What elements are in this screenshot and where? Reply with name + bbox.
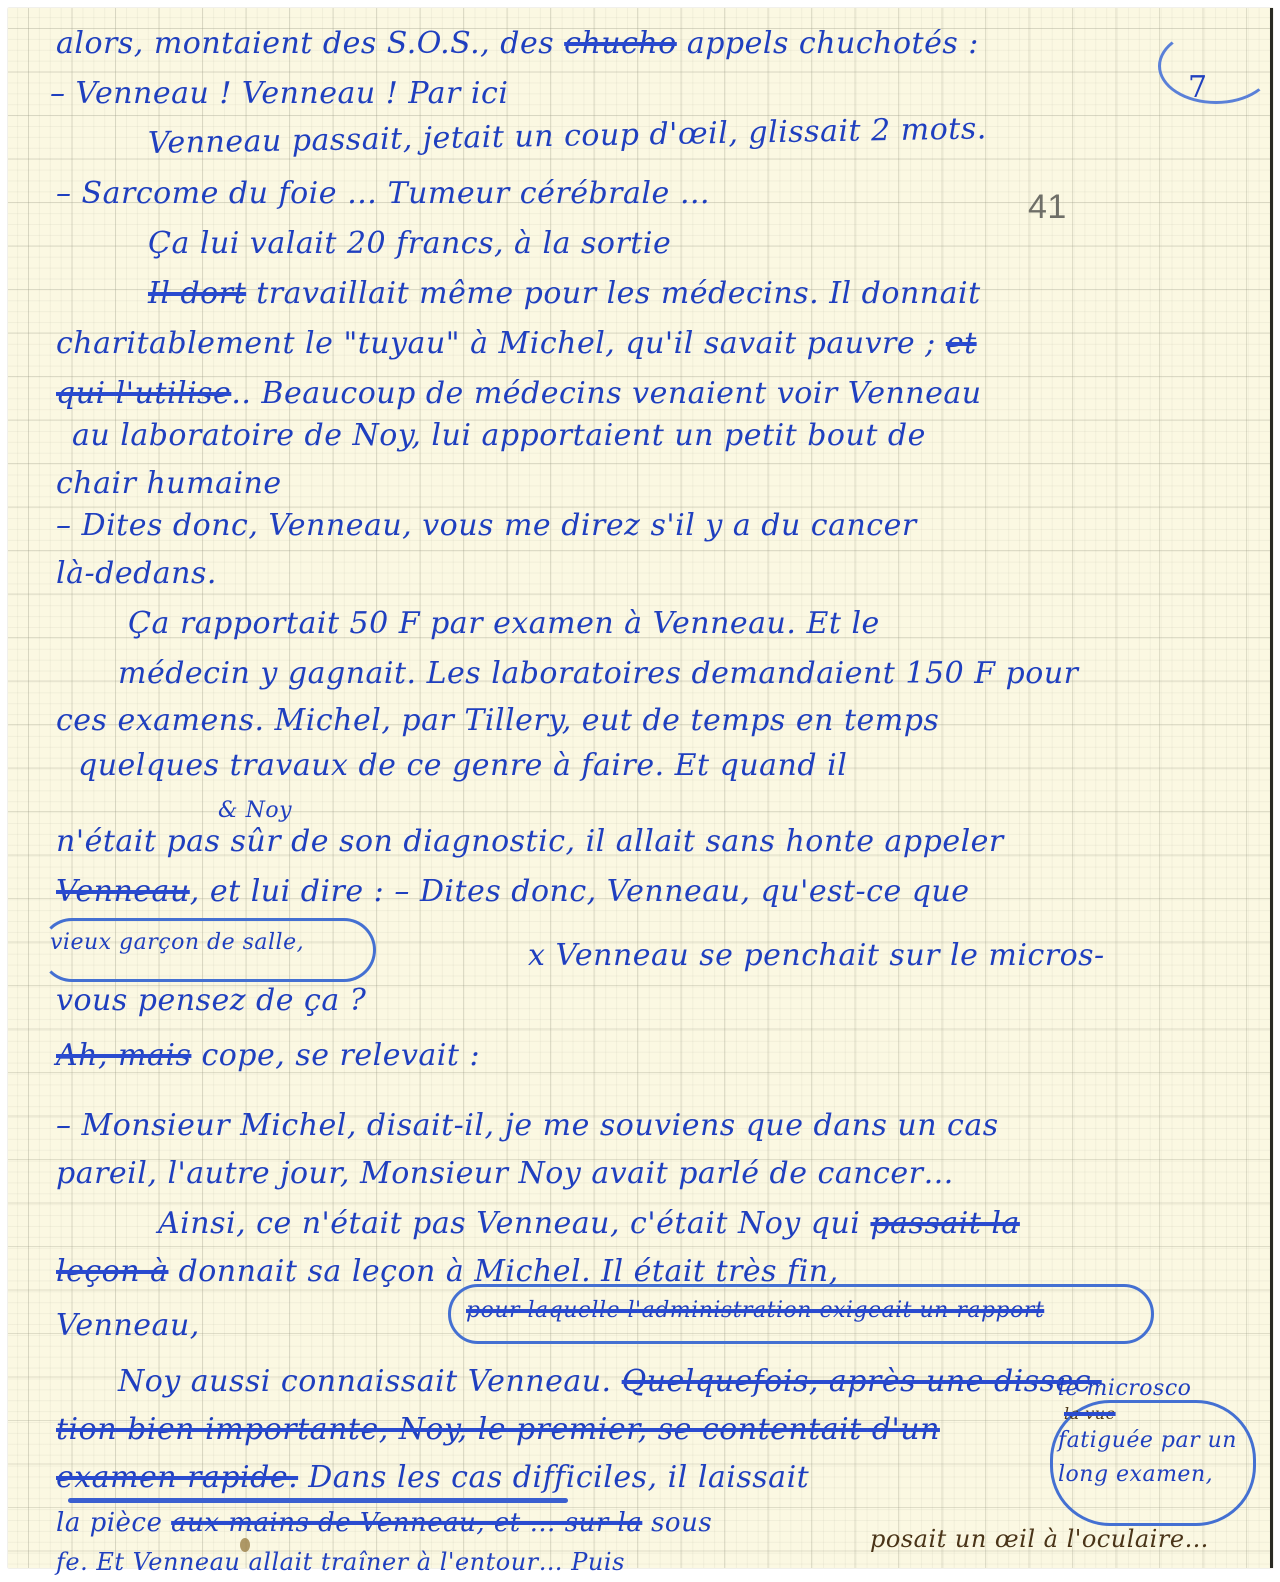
- manuscript-line: quelques travaux de ce genre à faire. Et…: [78, 748, 847, 783]
- manuscript-line: – Venneau ! Venneau ! Par ici: [50, 76, 508, 111]
- manuscript-line: qui l'utilise.. Beaucoup de médecins ven…: [56, 376, 982, 411]
- page-number-ink: 7: [1188, 70, 1208, 105]
- manuscript-line: Il dort travaillait même pour les médeci…: [148, 276, 981, 311]
- manuscript-line: au laboratoire de Noy, lui apportaient u…: [72, 418, 926, 453]
- manuscript-line: – Dites donc, Venneau, vous me direz s'i…: [56, 508, 917, 543]
- manuscript-line: – Monsieur Michel, disait-il, je me souv…: [56, 1108, 999, 1143]
- margin-note-line: le microsco: [1058, 1376, 1191, 1401]
- manuscript-line: Ça rapportait 50 F par examen à Venneau.…: [128, 606, 880, 641]
- margin-note-line: fatiguée par un: [1058, 1428, 1237, 1453]
- manuscript-line: Noy aussi connaissait Venneau. Quelquefo…: [118, 1364, 1102, 1399]
- manuscript-line: Venneau,: [56, 1308, 200, 1343]
- manuscript-line: Ainsi, ce n'était pas Venneau, c'était N…: [158, 1206, 1020, 1241]
- underline-stroke: [68, 1498, 568, 1503]
- manuscript-line: – Sarcome du foie … Tumeur cérébrale …: [56, 176, 710, 211]
- margin-note-line: long examen,: [1058, 1462, 1213, 1487]
- manuscript-line: charitablement le "tuyau" à Michel, qu'i…: [56, 326, 977, 361]
- manuscript-line: chair humaine: [56, 466, 282, 501]
- manuscript-line: Venneau, et lui dire : – Dites donc, Ven…: [56, 874, 970, 909]
- manuscript-line: fe. Et Venneau allait traîner à l'entour…: [56, 1548, 625, 1576]
- manuscript-page: alors, montaient des S.O.S., des chucho …: [8, 8, 1273, 1568]
- manuscript-line: vous pensez de ça ?: [56, 983, 366, 1018]
- manuscript-line: ces examens. Michel, par Tillery, eut de…: [56, 703, 939, 738]
- manuscript-line: médecin y gagnait. Les laboratoires dema…: [118, 656, 1078, 691]
- manuscript-line: x Venneau se penchait sur le micros-: [528, 938, 1105, 973]
- manuscript-line: examen rapide. Dans les cas difficiles, …: [56, 1460, 809, 1495]
- margin-note-bottom: posait un œil à l'oculaire…: [870, 1525, 1209, 1553]
- page-number-pencil: 41: [1028, 188, 1067, 227]
- manuscript-line: Ah, mais cope, se relevait :: [56, 1038, 480, 1073]
- insertion-loop: [40, 918, 376, 982]
- manuscript-line: Venneau passait, jetait un coup d'œil, g…: [148, 111, 987, 161]
- manuscript-line: là-dedans.: [56, 556, 217, 591]
- manuscript-line: la pièce aux mains de Venneau, et … sur …: [56, 1508, 712, 1538]
- struck-note-loop: [448, 1284, 1154, 1344]
- margin-arc: [1158, 28, 1274, 104]
- manuscript-line: Ça lui valait 20 francs, à la sortie: [148, 226, 671, 261]
- manuscript-line: alors, montaient des S.O.S., des chucho …: [56, 26, 979, 61]
- manuscript-line: n'était pas sûr de son diagnostic, il al…: [56, 824, 1004, 859]
- manuscript-line: pareil, l'autre jour, Monsieur Noy avait…: [56, 1156, 954, 1191]
- insertion-note: & Noy: [218, 798, 292, 823]
- margin-note-line: la vue: [1064, 1404, 1116, 1423]
- struck-line: tion bien importante, Noy, le premier, s…: [56, 1412, 940, 1447]
